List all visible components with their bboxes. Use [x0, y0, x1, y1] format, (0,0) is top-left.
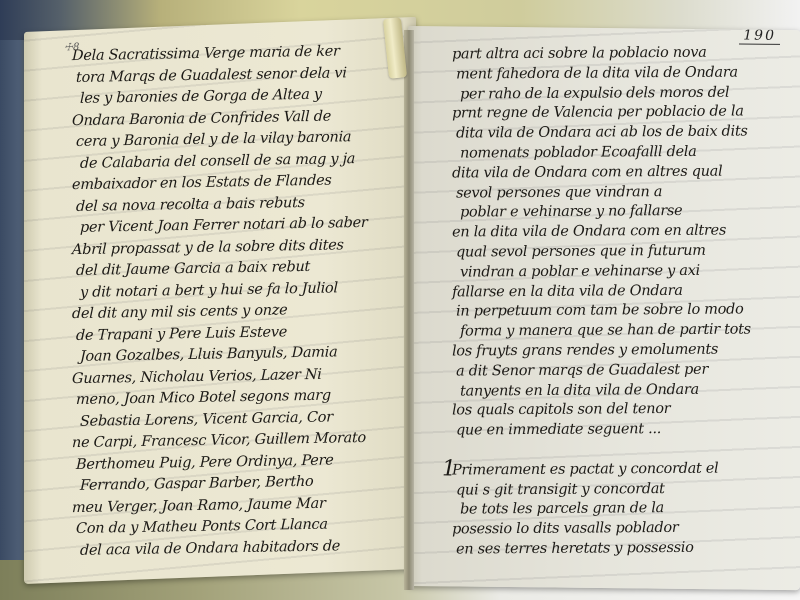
- manuscript-line: per Vicent Joan Ferrer notari ab lo sabe…: [80, 215, 368, 236]
- manuscript-line: que en immediate seguent ...: [456, 421, 661, 438]
- manuscript-line: vindran a poblar e vehinarse y axi: [460, 263, 700, 281]
- manuscript-line: meno, Joan Mico Botel segons marg: [76, 388, 331, 408]
- manuscript-line: forma y manera que se han de partir tots: [460, 322, 751, 340]
- manuscript-line: Abril propassat y de la sobre dits dites: [72, 237, 344, 258]
- manuscript-line: ment fahedora de la dita vila de Ondara: [456, 64, 738, 82]
- manuscript-line: les y baronies de Gorga de Altea y: [80, 87, 322, 107]
- manuscript-line: del dit Jaume Garcia a baix rebut: [76, 259, 310, 279]
- manuscript-line: Con da y Matheu Ponts Cort Llanca: [76, 517, 328, 537]
- manuscript-line: Primerament es pactat y concordat el: [452, 460, 719, 478]
- manuscript-line: de Calabaria del consell de sa mag y ja: [80, 151, 355, 172]
- manuscript-line: tora Marqs de Guadalest senor dela vi: [76, 65, 347, 86]
- manuscript-line: embaixador en los Estats de Flandes: [72, 173, 332, 194]
- manuscript-line: los fruyts grans rendes y emoluments: [452, 342, 718, 360]
- manuscript-line: nomenats poblador Ecoafalll dela: [460, 144, 697, 162]
- page-gutter: [404, 30, 414, 590]
- left-page: ☩8 Dela Sacratissima Verge maria de kert…: [24, 17, 416, 584]
- manuscript-line: tanyents en la dita vila de Ondara: [460, 381, 699, 399]
- manuscript-line: per raho de la expulsio dels moros del: [460, 84, 730, 102]
- manuscript-line: en la dita vila de Ondara com en altres: [452, 223, 726, 241]
- manuscript-line: fallarse en la dita vila de Ondara: [452, 282, 683, 300]
- manuscript-line: poblar e vehinarse y no fallarse: [460, 203, 683, 221]
- manuscript-line: Joan Gozalbes, Lluis Banyuls, Damia: [80, 344, 338, 365]
- manuscript-line: los quals capitols son del tenor: [452, 401, 671, 419]
- manuscript-line: qual sevol persones que in futurum: [456, 243, 706, 261]
- manuscript-line: Berthomeu Puig, Pere Ordinya, Pere: [76, 452, 334, 473]
- manuscript-line: y dit notari a bert y hui se fa lo Julio…: [80, 280, 338, 301]
- manuscript-line: Dela Sacratissima Verge maria de ker: [72, 43, 340, 64]
- right-page: 190 1 part altra aci sobre la poblacio n…: [408, 26, 800, 590]
- manuscript-line: a dit Senor marqs de Guadalest per: [456, 362, 708, 380]
- manuscript-line: meu Verger, Joan Ramo, Jaume Mar: [72, 495, 326, 515]
- manuscript-line: del dit any mil sis cents y onze: [72, 302, 288, 322]
- manuscript-line: Ondara Baronia de Confrides Vall de: [72, 108, 331, 129]
- manuscript-line: cera y Baronia del y de la vilay baronia: [76, 129, 352, 150]
- manuscript-line: posessio lo dits vasalls poblador: [452, 520, 679, 538]
- manuscript-line: en ses terres heretats y possessio: [456, 540, 694, 558]
- manuscript-line: qui s git transigit y concordat: [456, 481, 665, 498]
- manuscript-line: del aca vila de Ondara habitadors de: [80, 538, 340, 559]
- manuscript-line: Sebastia Lorens, Vicent Garcia, Cor: [80, 409, 333, 429]
- manuscript-line: be tots les parcels gran de la: [460, 501, 664, 518]
- manuscript-line: del sa nova recolta a bais rebuts: [76, 195, 305, 215]
- left-page-text: Dela Sacratissima Verge maria de kertora…: [24, 17, 416, 584]
- manuscript-line: dita vila de Ondara aci ab los de baix d…: [456, 124, 748, 142]
- manuscript-line: sevol persones que vindran a: [456, 184, 662, 201]
- manuscript-line: Guarnes, Nicholau Verios, Lazer Ni: [72, 366, 322, 386]
- manuscript-line: dita vila de Ondara com en altres qual: [452, 163, 723, 181]
- manuscript-line: part altra aci sobre la poblacio nova: [452, 45, 707, 63]
- manuscript-line: prnt regne de Valencia per poblacio de l…: [452, 104, 744, 122]
- manuscript-line: Ferrando, Gaspar Barber, Bertho: [80, 474, 314, 494]
- manuscript-line: in perpetuum com tam be sobre lo modo: [456, 302, 744, 320]
- right-page-text: part altra aci sobre la poblacio novamen…: [408, 26, 800, 590]
- manuscript-line: ne Carpi, Francesc Vicor, Guillem Morato: [72, 430, 366, 451]
- manuscript-line: de Trapani y Pere Luis Esteve: [76, 324, 287, 344]
